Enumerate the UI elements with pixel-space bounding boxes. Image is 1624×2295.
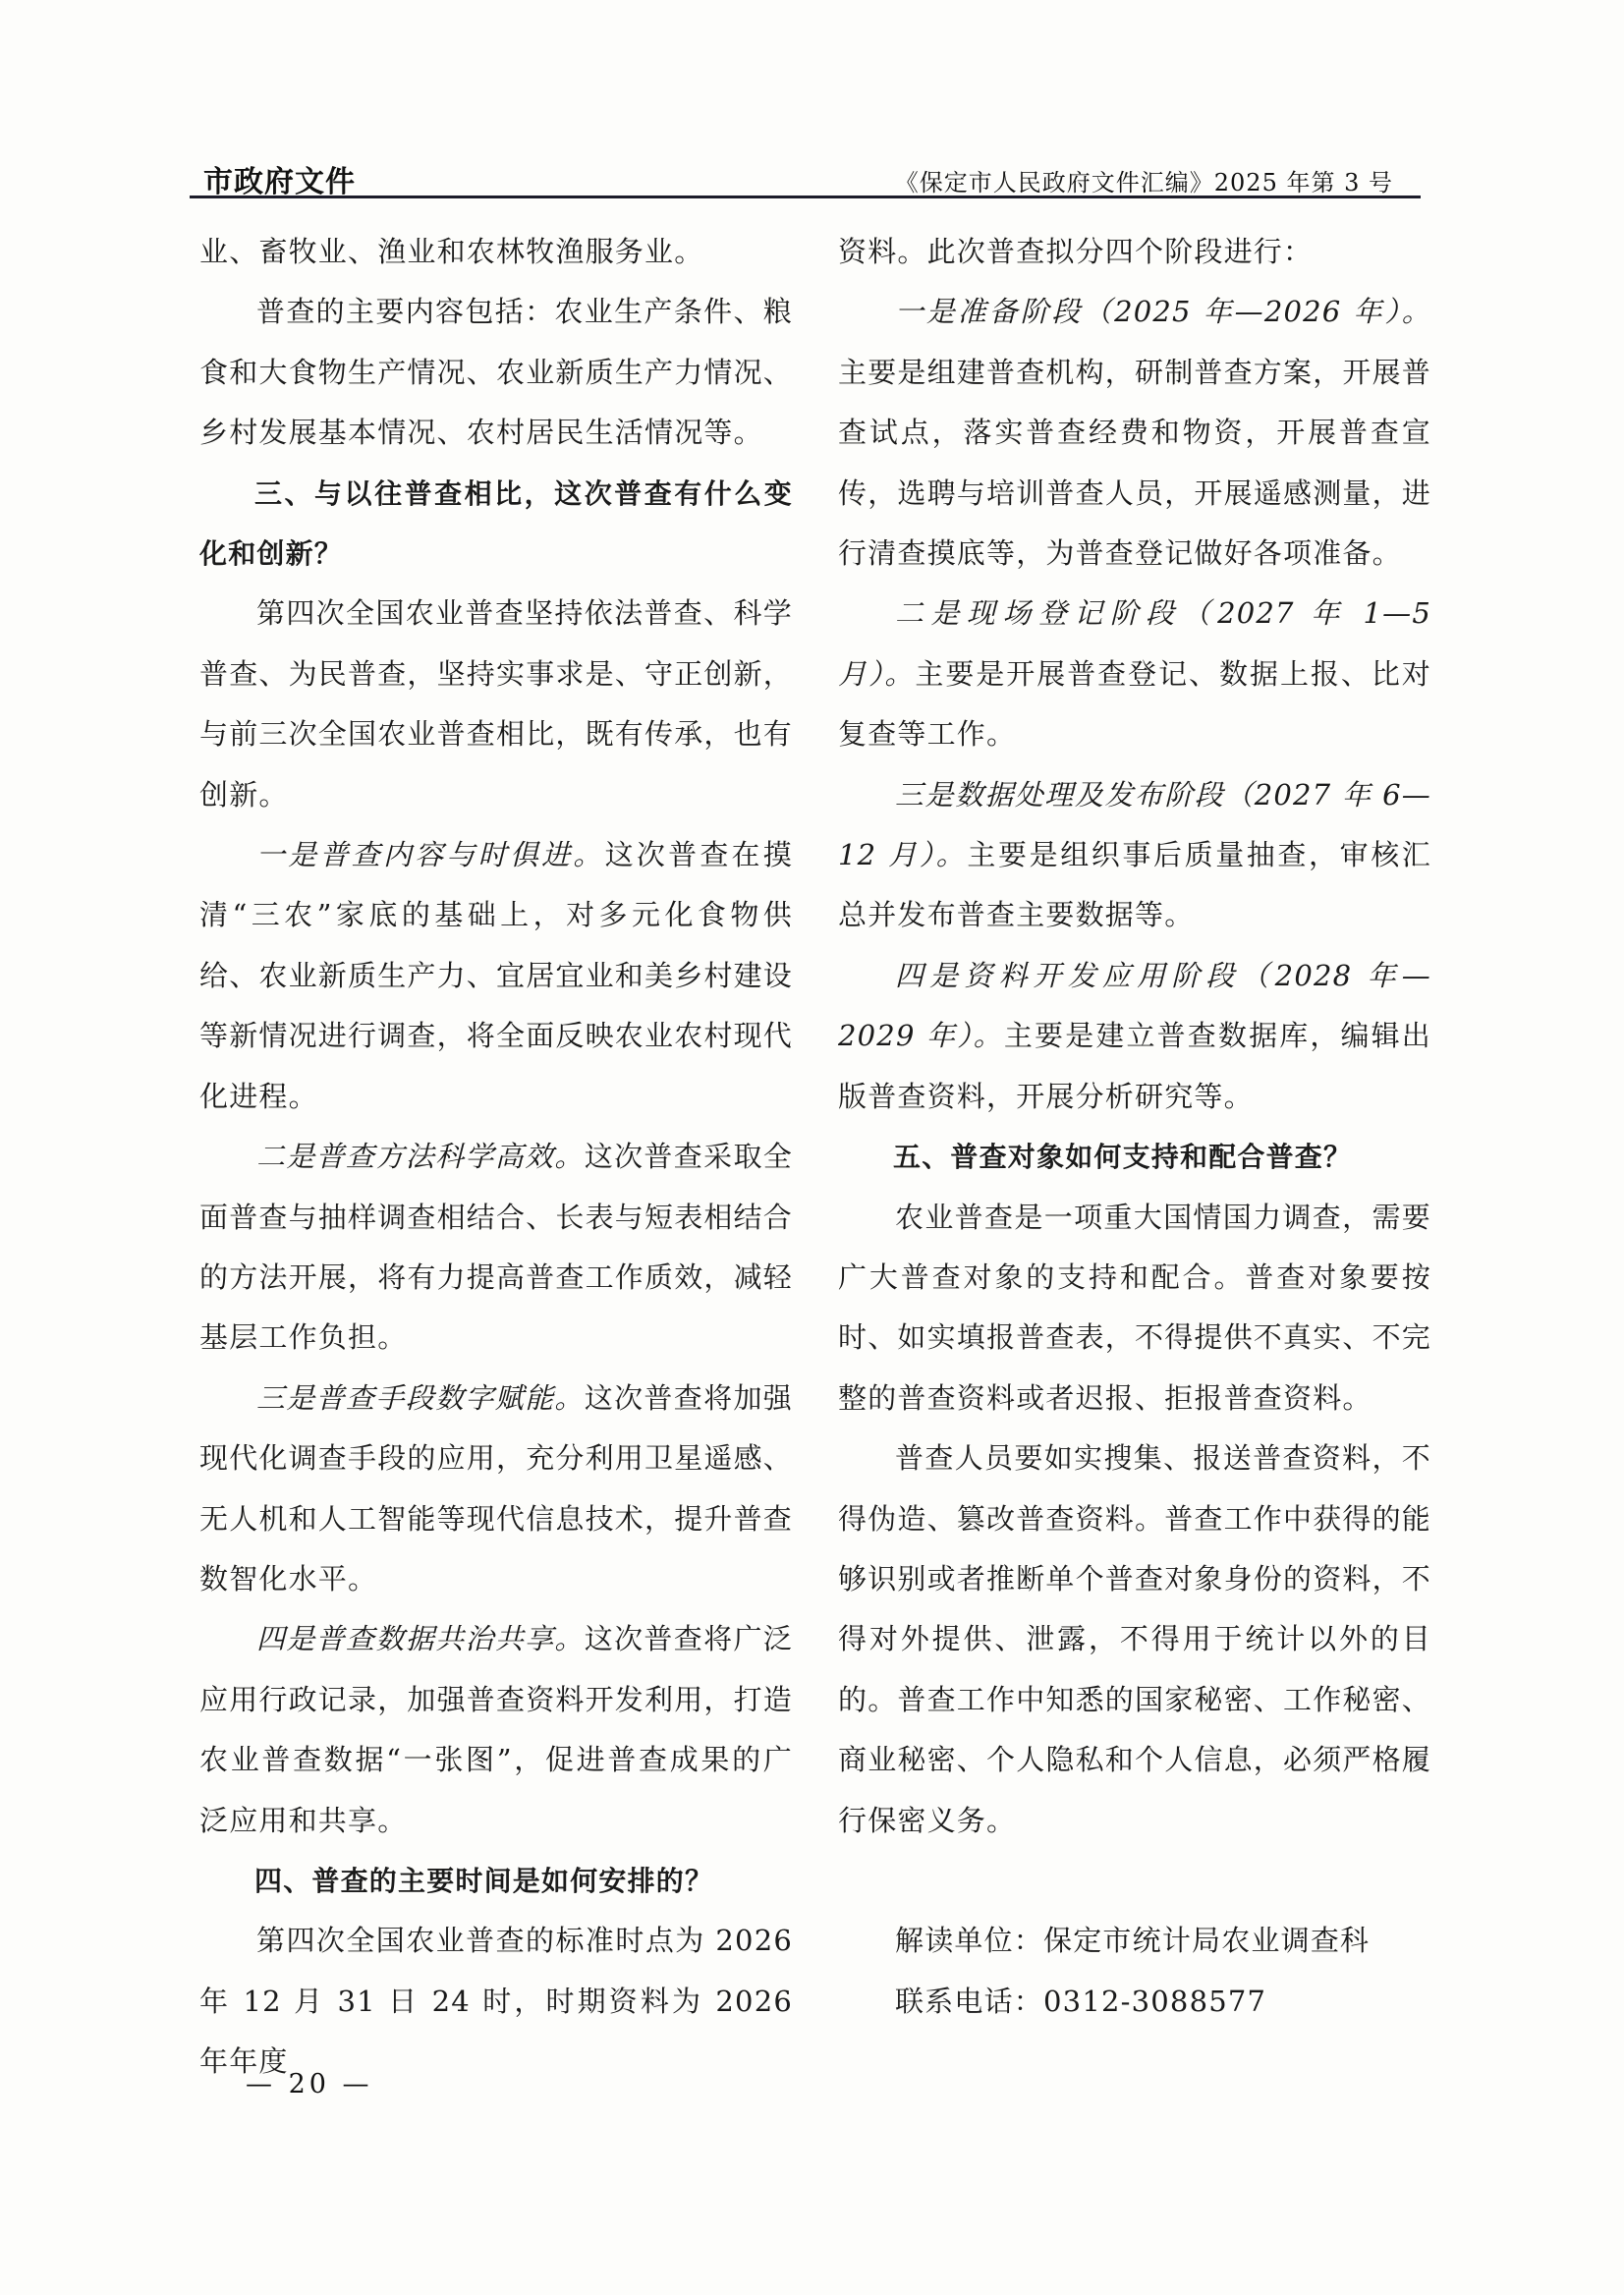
- signature-unit-label: 解读单位：: [895, 1924, 1043, 1957]
- signature-unit: 解读单位：保定市统计局农业调查科: [838, 1911, 1431, 1971]
- paragraph-text: 这次普查在摸清“三农”家底的基础上，对多元化食物供给、农业新质生产力、宜居宜业和…: [199, 838, 793, 1113]
- paragraph: 四是资料开发应用阶段（2028 年—2029 年）。主要是建立普查数据库，编辑出…: [838, 946, 1431, 1127]
- paragraph-text: 第四次全国农业普查的标准时点为 2026 年 12 月 31 日 24 时，时期…: [199, 1924, 793, 2078]
- section-title: 市政府文件: [203, 157, 356, 200]
- signature-phone-label: 联系电话：: [895, 1985, 1043, 2018]
- paragraph-text: 主要是组建普查机构，研制普查方案，开展普查试点，落实普查经费和物资，开展普查宣传…: [838, 356, 1431, 570]
- signature-unit-value: 保定市统计局农业调查科: [1043, 1924, 1370, 1957]
- paragraph: 三是数据处理及发布阶段（2027 年 6—12 月）。主要是组织事后质量抽查，审…: [838, 765, 1431, 946]
- right-column: 资料。此次普查拟分四个阶段进行： 一是准备阶段（2025 年—2026 年）。主…: [838, 222, 1431, 2032]
- paragraph: 普查的主要内容包括：农业生产条件、粮食和大食物生产情况、农业新质生产力情况、乡村…: [199, 282, 793, 463]
- paragraph: 普查人员要如实搜集、报送普查资料，不得伪造、篡改普查资料。普查工作中获得的能够识…: [838, 1428, 1431, 1851]
- paragraph-lead: 一是准备阶段（2025 年—2026 年）。: [895, 295, 1431, 328]
- page-header: 市政府文件 《保定市人民政府文件汇编》2025 年第 3 号: [190, 155, 1421, 198]
- paragraph-text: 普查人员要如实搜集、报送普查资料，不得伪造、篡改普查资料。普查工作中获得的能够识…: [838, 1441, 1431, 1836]
- section-heading: 四、普查的主要时间是如何安排的？: [199, 1851, 793, 1911]
- paragraph-lead: 三是普查手段数字赋能。: [256, 1381, 585, 1415]
- paragraph: 第四次全国农业普查的标准时点为 2026 年 12 月 31 日 24 时，时期…: [199, 1911, 793, 2092]
- section-heading: 三、与以往普查相比，这次普查有什么变化和创新？: [199, 464, 793, 585]
- left-column: 业、畜牧业、渔业和农林牧渔服务业。 普查的主要内容包括：农业生产条件、粮食和大食…: [199, 222, 793, 2093]
- paragraph-lead: 一是普查内容与时俱进。: [256, 838, 605, 871]
- header-divider: [190, 196, 1421, 198]
- paragraph: 第四次全国农业普查坚持依法普查、科学普查、为民普查，坚持实事求是、守正创新，与前…: [199, 584, 793, 825]
- section-heading: 五、普查对象如何支持和配合普查？: [838, 1127, 1431, 1187]
- paragraph-text: 主要是开展普查登记、数据上报、比对复查等工作。: [838, 657, 1431, 751]
- paragraph: 一是准备阶段（2025 年—2026 年）。主要是组建普查机构，研制普查方案，开…: [838, 282, 1431, 584]
- paragraph-text: 业、畜牧业、渔业和农林牧渔服务业。: [199, 235, 703, 268]
- paragraph-text: 普查的主要内容包括：农业生产条件、粮食和大食物生产情况、农业新质生产力情况、乡村…: [199, 295, 793, 449]
- paragraph: 一是普查内容与时俱进。这次普查在摸清“三农”家底的基础上，对多元化食物供给、农业…: [199, 825, 793, 1127]
- paragraph-text: 第四次全国农业普查坚持依法普查、科学普查、为民普查，坚持实事求是、守正创新，与前…: [199, 596, 793, 811]
- publication-title: 《保定市人民政府文件汇编》2025 年第 3 号: [895, 163, 1393, 197]
- paragraph: 三是普查手段数字赋能。这次普查将加强现代化调查手段的应用，充分利用卫星遥感、无人…: [199, 1369, 793, 1610]
- page-number: — 20 —: [246, 2069, 373, 2099]
- paragraph: 业、畜牧业、渔业和农林牧渔服务业。: [199, 222, 793, 282]
- paragraph: 二是现场登记阶段（2027 年 1—5 月）。主要是开展普查登记、数据上报、比对…: [838, 584, 1431, 764]
- paragraph: 二是普查方法科学高效。这次普查采取全面普查与抽样调查相结合、长表与短表相结合的方…: [199, 1127, 793, 1369]
- paragraph: 资料。此次普查拟分四个阶段进行：: [838, 222, 1431, 282]
- signature-phone: 联系电话：0312-3088577: [838, 1972, 1431, 2032]
- paragraph-lead: 四是普查数据共治共享。: [256, 1622, 585, 1655]
- paragraph: 四是普查数据共治共享。这次普查将广泛应用行政记录，加强普查资料开发利用，打造农业…: [199, 1609, 793, 1851]
- signature-phone-value: 0312-3088577: [1043, 1985, 1266, 2018]
- paragraph-text: 农业普查是一项重大国情国力调查，需要广大普查对象的支持和配合。普查对象要按时、如…: [838, 1201, 1431, 1415]
- paragraph-lead: 二是普查方法科学高效。: [256, 1140, 585, 1173]
- paragraph-text: 资料。此次普查拟分四个阶段进行：: [838, 235, 1313, 268]
- paragraph: 农业普查是一项重大国情国力调查，需要广大普查对象的支持和配合。普查对象要按时、如…: [838, 1188, 1431, 1429]
